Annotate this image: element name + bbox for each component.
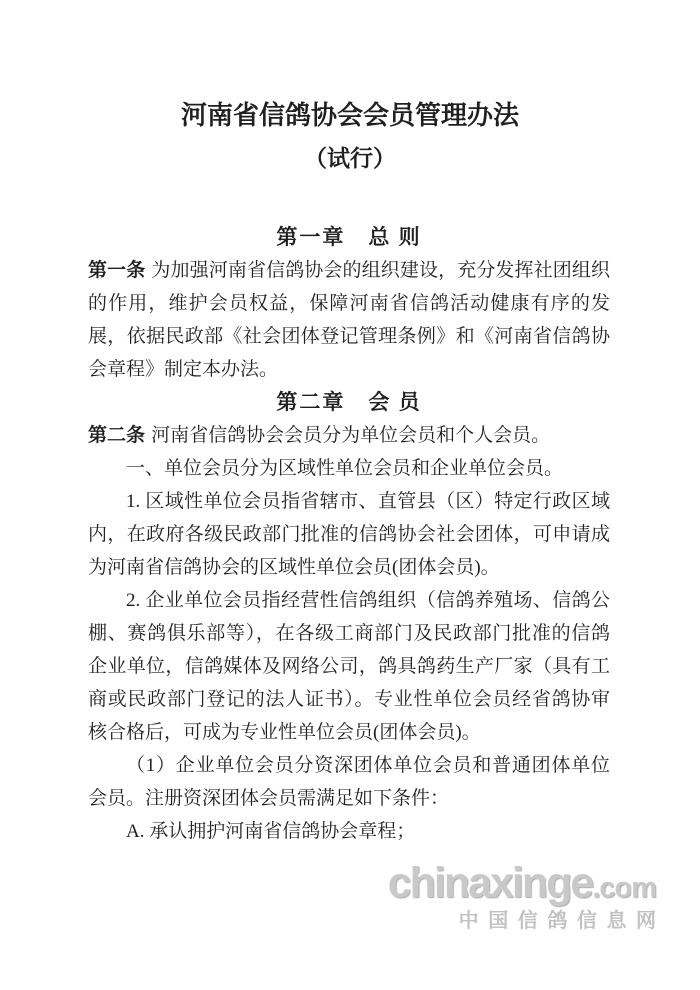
watermark: chinaxinge.com 中 国 信 鸽 信 息 网 [388,862,656,931]
chapter-2-heading: 第二章 会 员 [88,386,610,419]
article-1-label: 第一条 [88,260,151,281]
paragraph-unit-member-types: 一、单位会员分为区域性单位会员和企业单位会员。 [88,452,610,485]
watermark-domain-suffix: .com [592,872,656,904]
document-body: 第一章 总 则 第一条为加强河南省信鸽协会的组织建设，充分发挥社团组织的作用，维… [88,221,610,848]
document-title: 河南省信鸽协会会员管理办法 [0,0,700,132]
paragraph-regional-unit-member: 1. 区域性单位会员指省辖市、直管县（区）特定行政区域内，在政府各级民政部门批准… [88,485,610,584]
article-2-label: 第二条 [88,425,151,446]
watermark-site-name-chinese: 中 国 信 鸽 信 息 网 [388,911,658,931]
paragraph-enterprise-unit-member: 2. 企业单位会员指经营性信鸽组织（信鸽养殖场、信鸽公棚、赛鸽俱乐部等），在各级… [88,584,610,749]
article-2-paragraph: 第二条河南省信鸽协会会员分为单位会员和个人会员。 [88,419,610,452]
article-1-text: 为加强河南省信鸽协会的组织建设，充分发挥社团组织的作用，维护会员权益，保障河南省… [88,260,610,380]
document-subtitle: （试行） [0,145,700,173]
document-page: 河南省信鸽协会会员管理办法 （试行） 第一章 总 则 第一条为加强河南省信鸽协会… [0,0,700,990]
article-1-paragraph: 第一条为加强河南省信鸽协会的组织建设，充分发挥社团组织的作用，维护会员权益，保障… [88,254,610,386]
watermark-logo-text: chinaxinge.com [388,862,656,905]
paragraph-condition-a: A. 承认拥护河南省信鸽协会章程； [88,815,610,848]
watermark-site-name: chinaxinge [388,859,593,907]
paragraph-senior-group-member-conditions: （1）企业单位会员分资深团体单位会员和普通团体单位会员。注册资深团体会员需满足如… [88,749,610,815]
article-2-text: 河南省信鸽协会会员分为单位会员和个人会员。 [151,425,550,446]
chapter-1-heading: 第一章 总 则 [88,221,610,254]
